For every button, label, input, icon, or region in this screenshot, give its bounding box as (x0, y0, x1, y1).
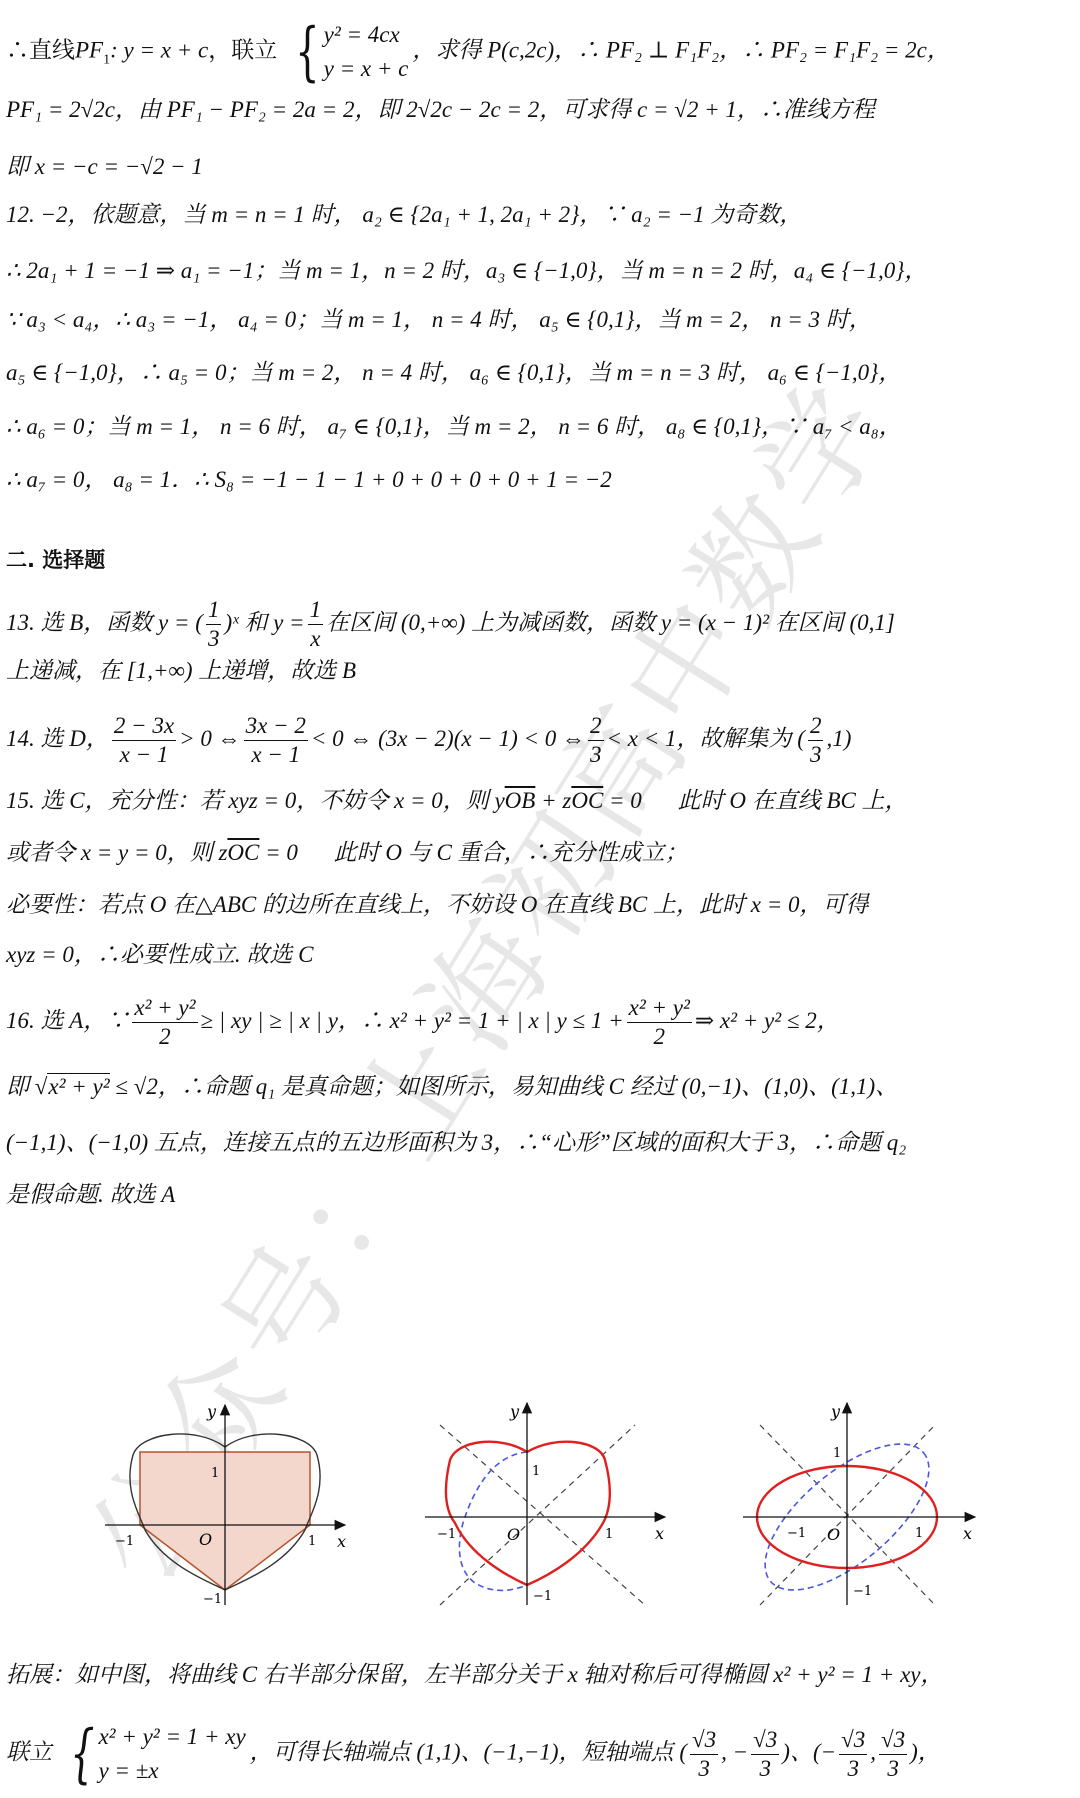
q16-frac-2: x² + y²2 (627, 994, 692, 1051)
figure-heart-reflection: y x O 1 −1 1 −1 (415, 1395, 675, 1610)
svg-text:−1: −1 (115, 1534, 134, 1549)
brace-icon: { (70, 1724, 94, 1784)
svg-text:−1: −1 (203, 1592, 222, 1607)
q16-line-4: 是假命题. 故选 A (6, 1180, 175, 1210)
q11-join: ，联立 (208, 37, 277, 62)
q16-line-3: (−1,1)、(−1,0) 五点，连接五点的五边形面积为 3，∴“心形”区域的面… (6, 1128, 906, 1158)
q11-system-row-2: y = x + c (324, 52, 409, 86)
svg-text:1: 1 (833, 1446, 841, 1461)
q13-mid: )ˣ 和 y = (224, 610, 304, 635)
svg-text:−1: −1 (533, 1589, 552, 1604)
q14-frac-3: 23 (588, 712, 604, 769)
q13-frac-1-x: 1x (308, 596, 324, 653)
q13-line-1: 13. 选 B，函数 y = (13)ˣ 和 y =1x在区间 (0,+∞) 上… (6, 596, 895, 653)
vector-ob: OB (505, 788, 536, 813)
q11-line-3: 即 x = −c = −√2 − 1 (6, 152, 203, 182)
extension-system: { x² + y² = 1 + xy y = ±x (62, 1720, 246, 1788)
ext-frac-3: √33 (839, 1726, 867, 1783)
q11-line-1: ∴直线PF1: y = x + c，联立 { y² = 4cx y = x + … (6, 18, 950, 86)
svg-text:−1: −1 (853, 1584, 872, 1599)
svg-text:−1: −1 (787, 1526, 806, 1541)
q12-line-6: ∴ a₇ = 0， a₈ = 1．∴ S₈ = −1 − 1 − 1 + 0 +… (6, 465, 612, 495)
vector-oc: OC (227, 840, 259, 865)
extension-system-row-2: y = ±x (98, 1754, 245, 1788)
q12-line-2: ∴ 2a₁ + 1 = −1 ⇒ a₁ = −1；当 m = 1，n = 2 时… (6, 256, 927, 286)
q12-line-5: ∴ a₆ = 0；当 m = 1， n = 6 时， a₇ ∈ {0,1}，当 … (6, 412, 902, 442)
document-page: 公众号：上海初高中数学 ∴直线PF1: y = x + c，联立 { y² = … (0, 0, 1080, 1798)
svg-text:y: y (509, 1402, 520, 1421)
q11-line-2: PF₁ = 2√2c，由 PF₁ − PF₂ = 2a = 2，即 2√2c −… (6, 95, 875, 125)
figure-ellipses: y x O 1 −1 1 −1 (735, 1395, 995, 1610)
axis-label-y: y (206, 1402, 217, 1421)
q16-line-2: 即 √x² + y² ≤ √2，∴命题 q₁ 是真命题；如图所示，易知曲线 C … (6, 1072, 898, 1102)
q12-line-1: 12. −2，依题意，当 m = n = 1 时， a₂ ∈ {2a₁ + 1,… (6, 200, 802, 230)
svg-text:O: O (507, 1525, 520, 1544)
ext-frac-1: √33 (690, 1726, 718, 1783)
q13-frac-1-3: 13 (206, 596, 222, 653)
ext-frac-4: √33 (879, 1726, 907, 1783)
axis-label-x: x (337, 1532, 346, 1551)
svg-text:1: 1 (532, 1464, 540, 1479)
q13-line-2: 上递减，在 [1,+∞) 上递增，故选 B (6, 656, 356, 686)
q14-frac-4: 23 (808, 712, 824, 769)
q16-line-1: 16. 选 A，∵x² + y²2≥ | xy | ≥ | x | y，∴ x²… (6, 994, 840, 1051)
svg-text:1: 1 (605, 1527, 613, 1542)
q13-prefix: 13. 选 B，函数 y = ( (6, 610, 203, 635)
svg-text:1: 1 (308, 1534, 316, 1549)
extension-line-2: 联立 { x² + y² = 1 + xy y = ±x ，可得长轴端点 (1,… (6, 1720, 941, 1788)
q14-frac-2: 3x − 2x − 1 (244, 712, 308, 769)
q11-result: ，求得 P(c,2c)，∴ PF₂ ⊥ F₁F₂，∴ PF₂ = F₁F₂ = … (412, 37, 950, 62)
sqrt-radicand: x² + y² (47, 1073, 109, 1099)
brace-icon: { (295, 22, 319, 82)
extension-line-1: 拓展：如中图，将曲线 C 右半部分保留，左半部分关于 x 轴对称后可得椭圆 x²… (6, 1660, 944, 1690)
q14-frac-1: 2 − 3xx − 1 (112, 712, 176, 769)
svg-text:x: x (963, 1524, 972, 1543)
q15-line-1: 15. 选 C，充分性：若 xyz = 0，不妨令 x = 0，则 yOB + … (6, 786, 908, 816)
svg-text:O: O (827, 1525, 840, 1544)
q12-line-4: a₅ ∈ {−1,0}，∴ a₅ = 0；当 m = 2， n = 4 时， a… (6, 358, 901, 388)
q11-pf1: PF (75, 37, 103, 62)
q15-line-2: 或者令 x = y = 0，则 zOC = 0⃗，此时 O 与 C 重合，∴充分… (6, 838, 688, 868)
q13-rest: 在区间 (0,+∞) 上为减函数，函数 y = (x − 1)² 在区间 (0,… (326, 610, 895, 635)
svg-text:x: x (655, 1524, 664, 1543)
q11-system: { y² = 4cx y = x + c (287, 18, 408, 86)
figure-heart-pentagon: y x O 1 −1 1 −1 (95, 1395, 355, 1610)
q16-frac-1: x² + y²2 (132, 994, 197, 1051)
ext-frac-2: √33 (751, 1726, 779, 1783)
extension-system-row-1: x² + y² = 1 + xy (98, 1720, 245, 1754)
vector-oc: OC (571, 788, 603, 813)
origin-label: O (199, 1530, 212, 1549)
q11-line-equation: : y = x + c (110, 37, 208, 62)
svg-text:1: 1 (211, 1466, 219, 1481)
q11-system-row-1: y² = 4cx (324, 18, 409, 52)
svg-text:y: y (830, 1402, 841, 1421)
q15-line-3: 必要性：若点 O 在△ABC 的边所在直线上，不妨设 O 在直线 BC 上，此时… (6, 890, 868, 920)
q15-line-4: xyz = 0，∴必要性成立. 故选 C (6, 940, 313, 970)
q14-prefix: 14. 选 D， (6, 726, 109, 751)
section-title-choice: 二. 选择题 (6, 545, 105, 575)
svg-text:1: 1 (915, 1526, 923, 1541)
q14-line-1: 14. 选 D，2 − 3xx − 1> 0 ⇔3x − 2x − 1< 0 ⇔… (6, 712, 851, 769)
q11-text: ∴直线 (6, 37, 75, 62)
svg-text:−1: −1 (437, 1527, 456, 1542)
q12-line-3: ∵ a₃ < a₄，∴ a₃ = −1， a₄ = 0；当 m = 1， n =… (6, 305, 872, 335)
